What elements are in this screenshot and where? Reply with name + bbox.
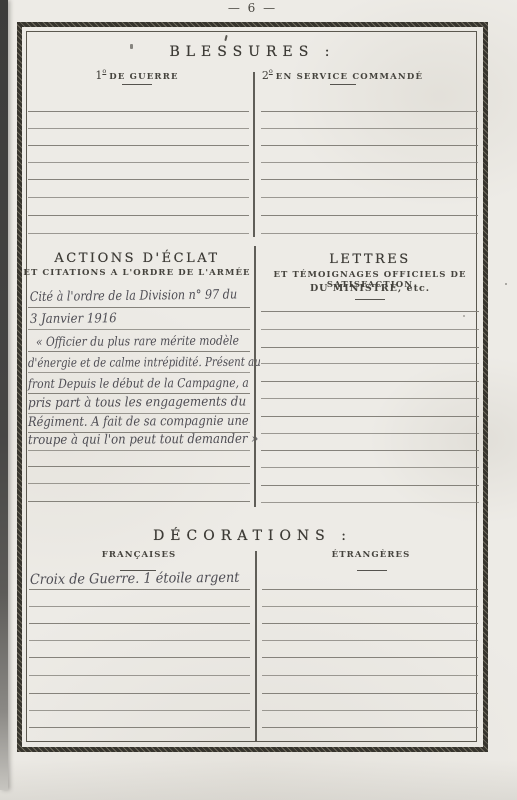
actions-title: ACTIONS D'ÉCLAT xyxy=(28,251,246,266)
ink-speck xyxy=(505,283,507,285)
header-underline xyxy=(355,299,385,300)
handwritten-decoration-entry: Croix de Guerre. 1 étoile argent xyxy=(30,569,240,589)
scan-edge-strip xyxy=(0,0,8,790)
handwritten-citation-line: troupe à qui l'on peut tout demander » xyxy=(28,431,259,450)
handwritten-citation-line: 3 Janvier 1916 xyxy=(30,310,117,329)
handwritten-citation-line: Régiment. A fait de sa compagnie une xyxy=(28,413,249,432)
blessures-col-right-header: 2oEN SERVICE COMMANDÉ xyxy=(255,64,430,83)
ordinal-suffix: o xyxy=(269,67,273,75)
ordinal-number: 2 xyxy=(262,69,269,82)
handwritten-citation-line: pris part à tous les engagements du xyxy=(28,393,246,413)
lettres-subtitle2: DU MINISTRE, etc. xyxy=(261,283,479,294)
col-label: EN SERVICE COMMANDÉ xyxy=(276,72,423,82)
military-record-page: — 6 — BLESSURES : 1oDE GUERRE 2oEN SERVI… xyxy=(0,0,517,800)
blessures-title: BLESSURES : xyxy=(0,44,505,60)
header-underline xyxy=(330,84,356,85)
ink-speck xyxy=(463,315,465,317)
blessures-col-left-header: 1oDE GUERRE xyxy=(28,64,246,83)
col-label: DE GUERRE xyxy=(109,72,178,82)
header-underline xyxy=(122,84,152,85)
handwritten-citation-line: front Depuis le début de la Campagne, a xyxy=(28,374,249,393)
handwritten-citation-line: d'énergie et de calme intrépidité. Prése… xyxy=(28,353,261,372)
decorations-col-right-header: ÉTRANGÈRES xyxy=(262,550,480,560)
lettres-title: LETTRES xyxy=(261,252,479,267)
decorations-title: DÉCORATIONS : xyxy=(0,528,505,544)
page-number: — 6 — xyxy=(0,1,505,15)
header-underline xyxy=(357,570,387,571)
decorations-col-left-header: FRANÇAISES xyxy=(28,550,250,560)
actions-subtitle: ET CITATIONS A L'ORDRE DE L'ARMÉE xyxy=(18,268,256,278)
handwritten-citation-line: Cité à l'ordre de la Division n° 97 du xyxy=(30,286,237,307)
handwritten-citation-line: « Officier du plus rare mérite modèle xyxy=(36,332,239,351)
ordinal-suffix: o xyxy=(102,67,106,75)
